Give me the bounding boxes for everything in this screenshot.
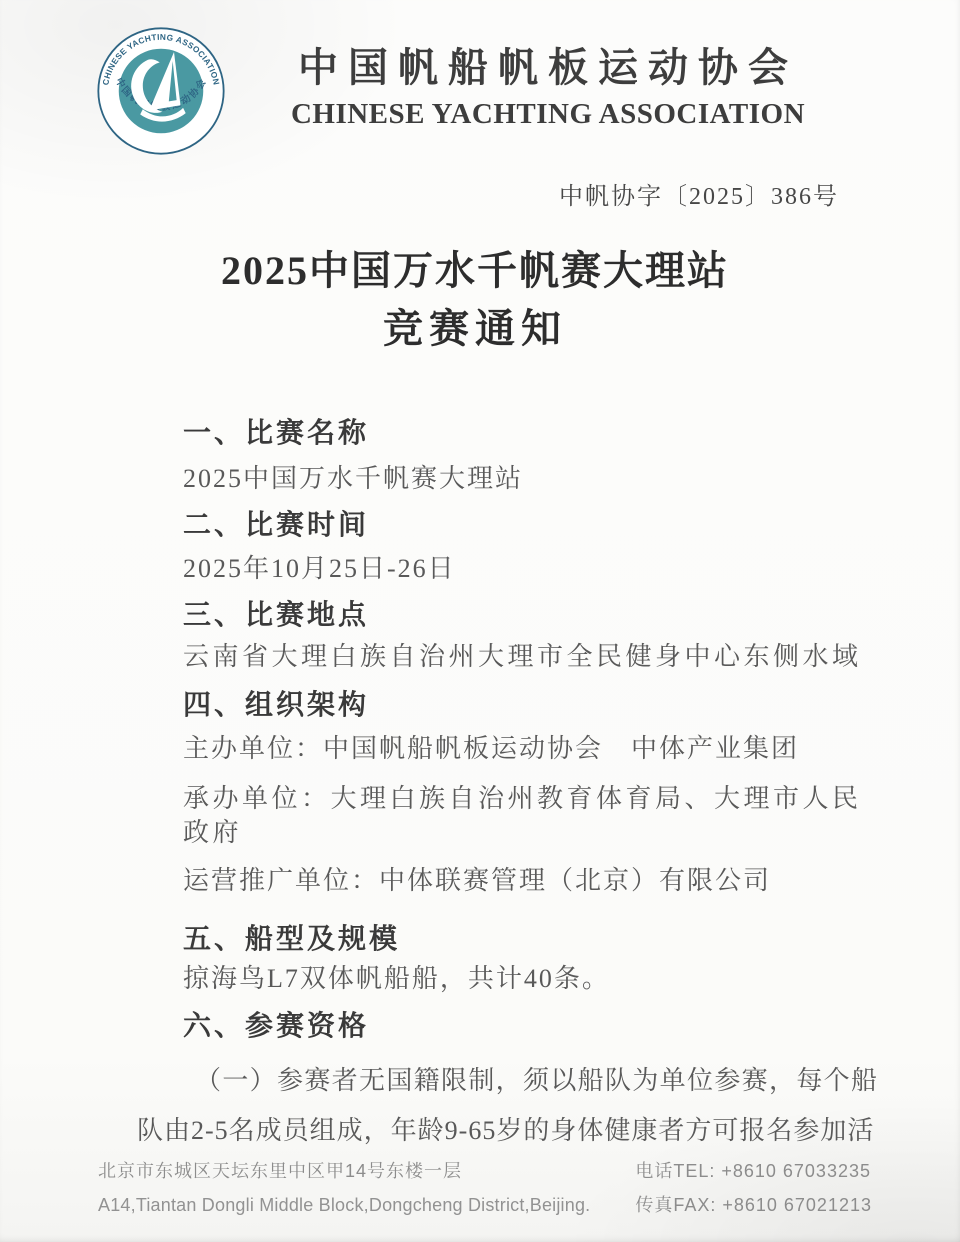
section-6-paragraph: （一）参赛者无国籍限制，须以船队为单位参赛，每个船队由2-5名成员组成，年龄9-…	[137, 1056, 878, 1156]
footer-address-cn: 北京市东城区天坛东里中区甲14号东楼一层	[98, 1154, 590, 1188]
section-2-heading: 二、比赛时间	[183, 508, 868, 542]
section-4-operator-line: 运营推广单位：中体联赛管理（北京）有限公司	[183, 864, 868, 898]
section-6-heading: 六、参赛资格	[183, 1009, 868, 1043]
cya-logo-seal-icon: CHINESE YACHTING ASSOCIATION 中国帆船帆板运动协会	[96, 26, 226, 156]
org-name-cn: 中国帆船帆板运动协会	[248, 44, 848, 92]
footer-address-block: 北京市东城区天坛东里中区甲14号东楼一层 A14,Tiantan Dongli …	[98, 1154, 590, 1222]
section-4-host-line: 承办单位：大理白族自治州教育体育局、大理市人民政府	[183, 782, 868, 850]
section-5-heading: 五、船型及规模	[183, 922, 868, 956]
section-1-heading: 一、比赛名称	[183, 416, 868, 450]
section-5-body: 掠海鸟L7双体帆船船，共计40条。	[183, 962, 868, 996]
section-4-heading: 四、组织架构	[183, 688, 868, 722]
section-1-body: 2025中国万水千帆赛大理站	[183, 462, 868, 496]
footer-address-en: A14,Tiantan Dongli Middle Block,Dongchen…	[98, 1188, 590, 1222]
letterhead-footer: 北京市东城区天坛东里中区甲14号东楼一层 A14,Tiantan Dongli …	[98, 1154, 872, 1222]
document-page: CHINESE YACHTING ASSOCIATION 中国帆船帆板运动协会 …	[0, 0, 960, 1242]
footer-fax: 传真FAX: +8610 67021213	[635, 1188, 872, 1222]
document-title-line2: 竞赛通知	[0, 306, 950, 352]
section-4-organizer-line: 主办单位：中国帆船帆板运动协会 中体产业集团	[183, 732, 868, 766]
section-3-body: 云南省大理白族自治州大理市全民健身中心东侧水域	[183, 640, 868, 674]
document-title-line1: 2025中国万水千帆赛大理站	[0, 248, 950, 294]
letterhead: 中国帆船帆板运动协会 CHINESE YACHTING ASSOCIATION	[248, 44, 848, 131]
footer-contact-block: 电话TEL: +8610 67033235 传真FAX: +8610 67021…	[635, 1154, 872, 1222]
document-title: 2025中国万水千帆赛大理站 竞赛通知	[0, 248, 950, 352]
document-body: 一、比赛名称 2025中国万水千帆赛大理站 二、比赛时间 2025年10月25日…	[183, 412, 868, 1156]
document-number: 中帆协字〔2025〕386号	[559, 176, 839, 211]
section-2-body: 2025年10月25日-26日	[183, 552, 868, 586]
org-name-en: CHINESE YACHTING ASSOCIATION	[248, 98, 848, 131]
section-3-heading: 三、比赛地点	[183, 598, 868, 632]
footer-tel: 电话TEL: +8610 67033235	[635, 1154, 872, 1188]
